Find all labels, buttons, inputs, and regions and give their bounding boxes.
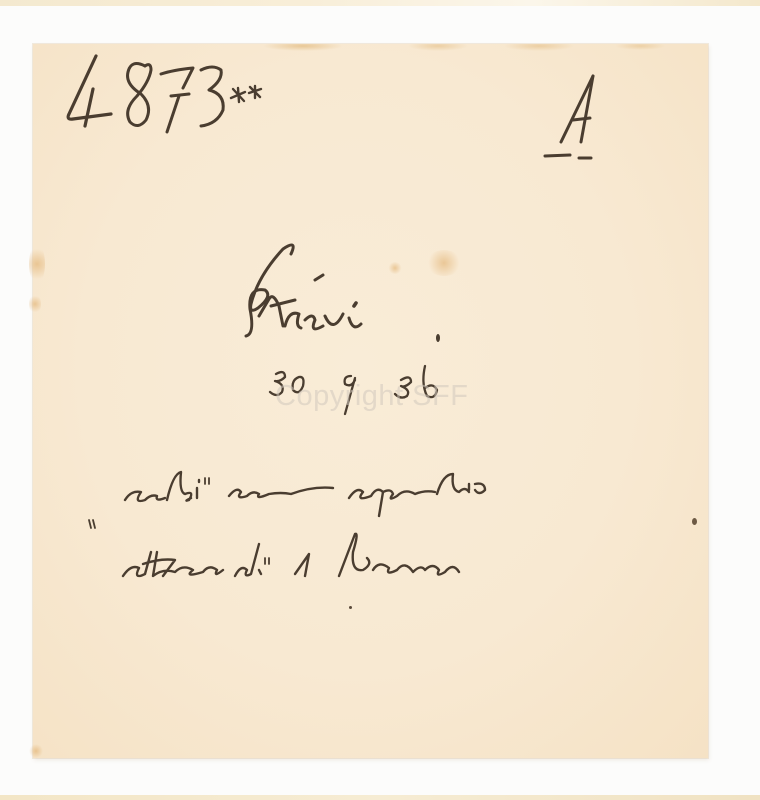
digit-3 [201,67,223,126]
mount-bottom-edge [0,795,760,800]
note-line-1-strokes [125,472,485,516]
ink-speck [349,606,352,609]
digit-7 [161,68,193,132]
note-line-2-strokes [89,520,459,576]
ink-speck [692,518,697,525]
ink-speck [436,334,440,342]
asterisks [231,86,261,102]
copyright-watermark: Copyright SFF [275,380,468,413]
digit-8 [128,64,151,126]
digit-4 [68,56,111,126]
word-strevi [246,245,361,336]
grade-letter-a [545,76,593,158]
